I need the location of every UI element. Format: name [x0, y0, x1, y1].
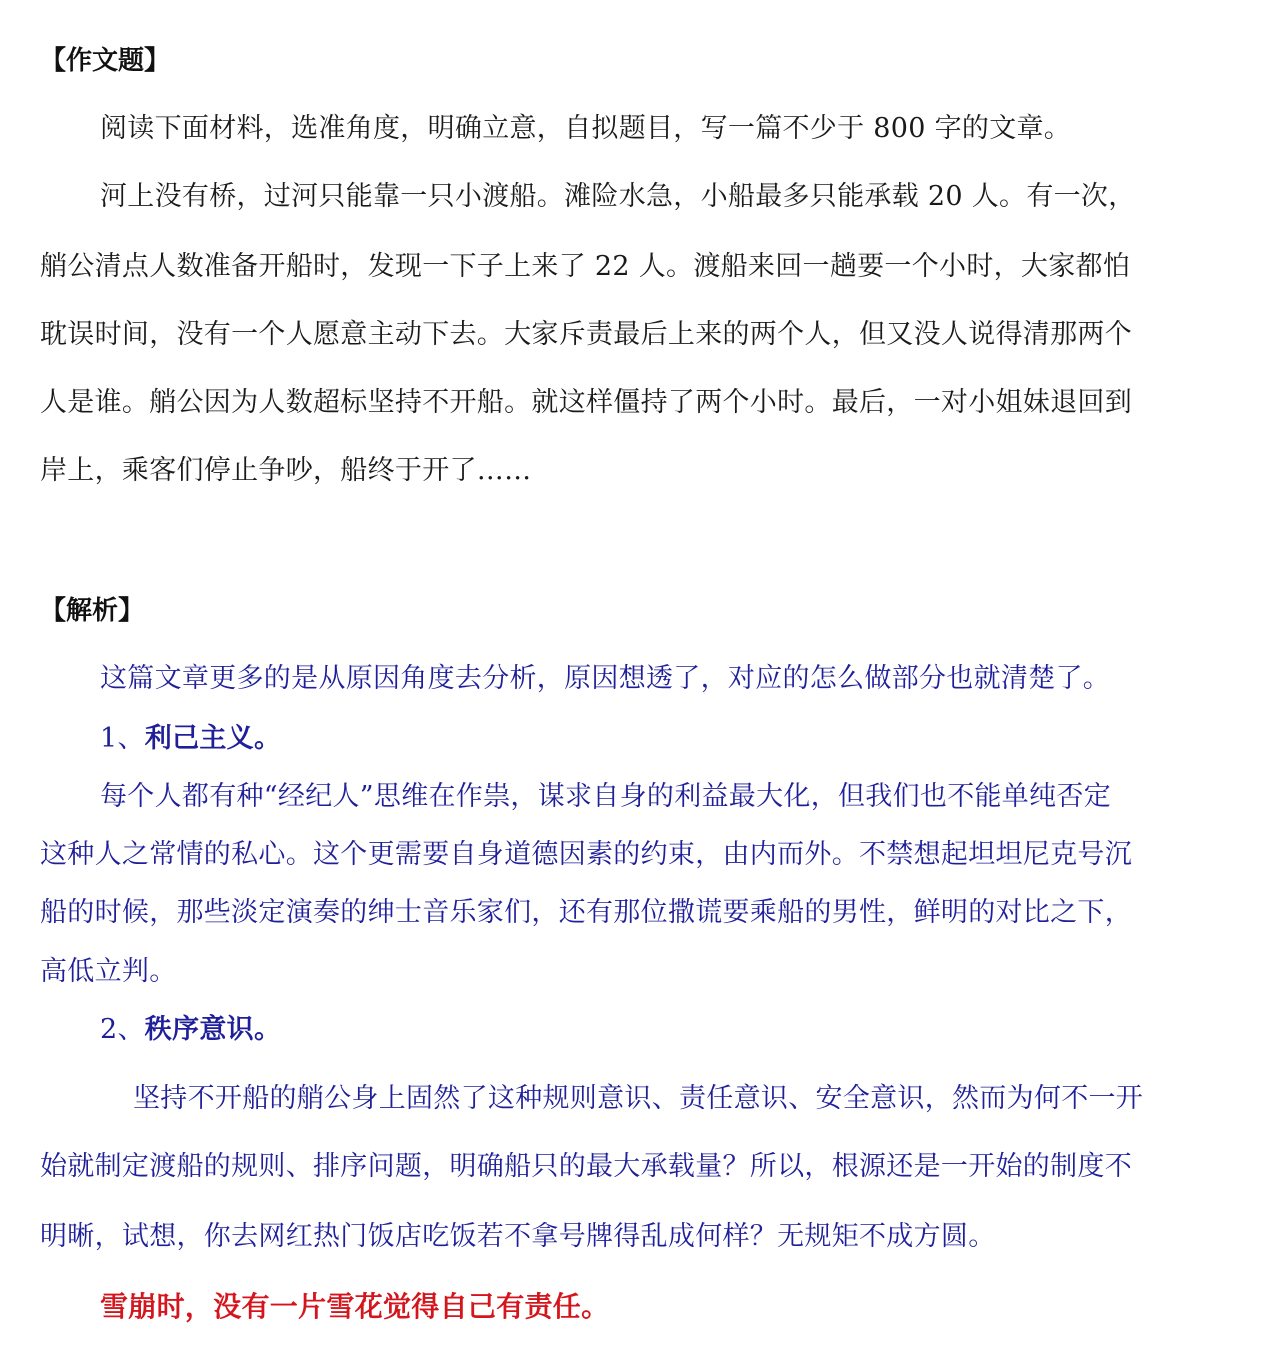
point-1-line: 高低立判。	[40, 955, 177, 989]
analysis-heading: 【解析】	[40, 590, 144, 627]
material-line: 耽误时间，没有一个人愿意主动下去。大家斥责最后上来的两个人，但又没人说得清那两个	[40, 318, 1132, 352]
point-2-line: 始就制定渡船的规则、排序问题，明确船只的最大承载量？所以，根源还是一开始的制度不	[40, 1150, 1132, 1184]
analysis-intro: 这篇文章更多的是从原因角度去分析，原因想透了，对应的怎么做部分也就清楚了。	[100, 662, 1110, 696]
point-1-line: 每个人都有种“经纪人”思维在作祟，谋求自身的利益最大化，但我们也不能单纯否定	[100, 780, 1111, 814]
point-1-number: 1、	[100, 723, 145, 754]
point-2-number: 2、	[100, 1014, 145, 1045]
material-line: 人是谁。艄公因为人数超标坚持不开船。就这样僵持了两个小时。最后，一对小姐妹退回到	[40, 386, 1132, 420]
material-line: 岸上，乘客们停止争吵，船终于开了……	[40, 454, 531, 488]
prompt-instruction: 阅读下面材料，选准角度，明确立意，自拟题目，写一篇不少于 800 字的文章。	[100, 112, 1071, 146]
point-2-line: 明晰，试想，你去网红热门饭店吃饭若不拿号牌得乱成何样？无规矩不成方圆。	[40, 1220, 996, 1254]
point-1-heading: 1、利己主义。	[100, 722, 281, 756]
conclusion-quote: 雪崩时，没有一片雪花觉得自己有责任。	[100, 1290, 609, 1324]
point-2-title: 秩序意识。	[145, 1014, 282, 1045]
point-1-line: 这种人之常情的私心。这个更需要自身道德因素的约束，由内而外。不禁想起坦坦尼克号沉	[40, 838, 1132, 872]
point-1-title: 利己主义。	[145, 723, 282, 754]
essay-document: 【作文题】 阅读下面材料，选准角度，明确立意，自拟题目，写一篇不少于 800 字…	[0, 0, 1280, 1362]
material-line: 艄公清点人数准备开船时，发现一下子上来了 22 人。渡船来回一趟要一个小时，大家…	[40, 250, 1130, 284]
point-1-line: 船的时候，那些淡定演奏的绅士音乐家们，还有那位撒谎要乘船的男性，鲜明的对比之下，	[40, 896, 1132, 930]
prompt-heading: 【作文题】	[40, 40, 170, 77]
point-2-heading: 2、秩序意识。	[100, 1013, 281, 1047]
material-line: 河上没有桥，过河只能靠一只小渡船。滩险水急，小船最多只能承载 20 人。有一次，	[100, 180, 1136, 214]
point-2-line: 坚持不开船的艄公身上固然了这种规则意识、责任意识、安全意识，然而为何不一开	[133, 1082, 1143, 1116]
